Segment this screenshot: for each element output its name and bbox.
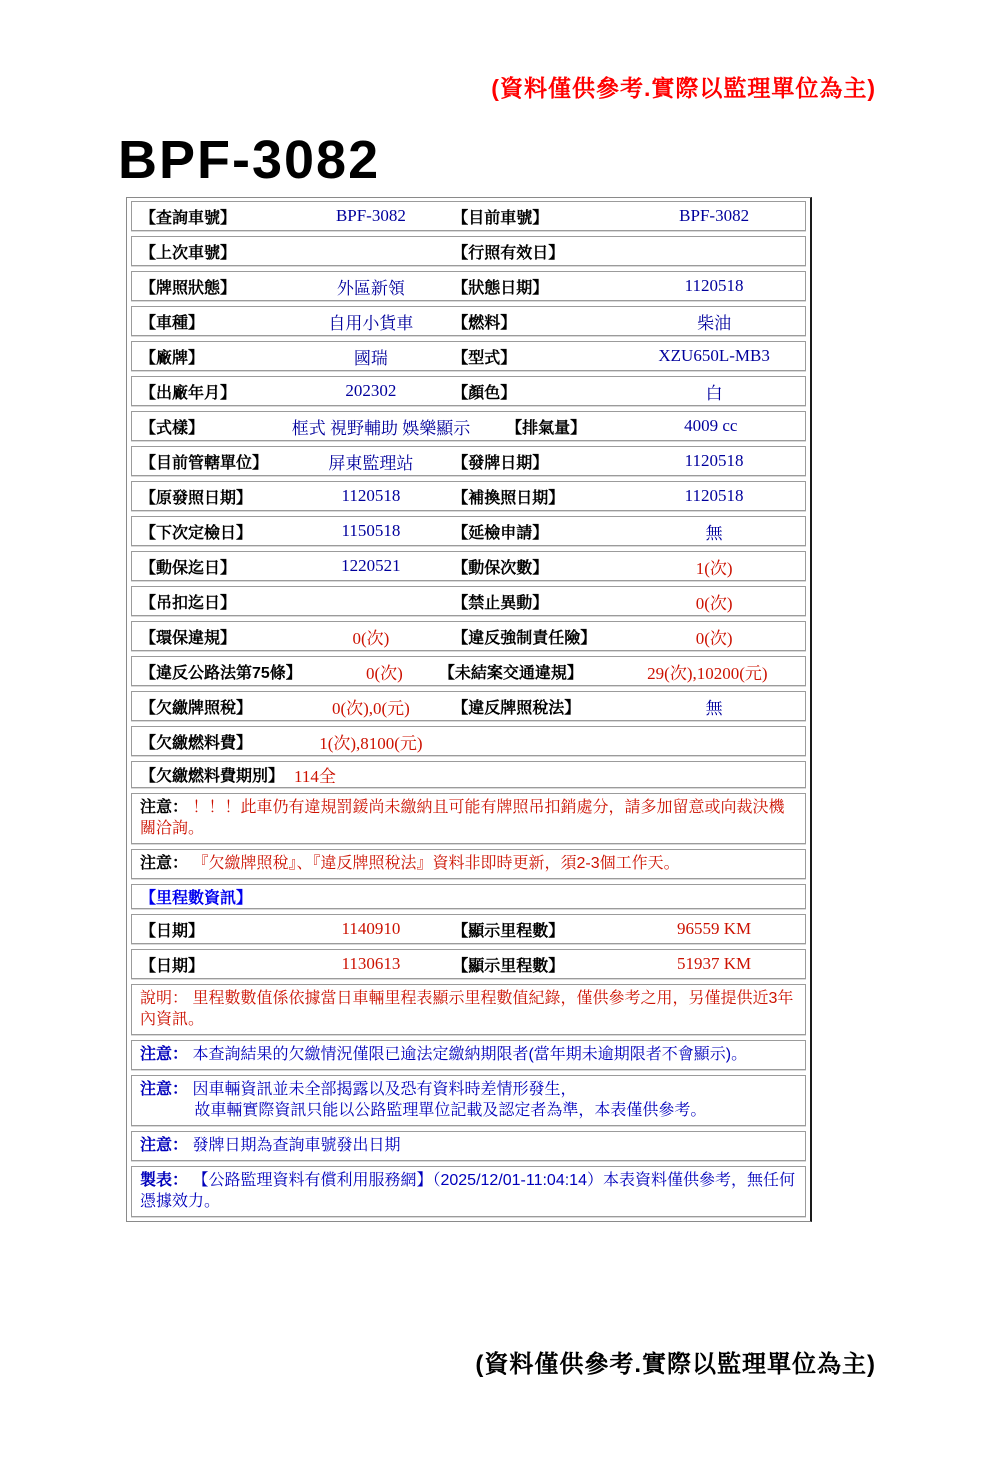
field-label: 【環保違規】: [132, 625, 294, 648]
note-body: 因車輛資訊並未全部揭露以及恐有資料時差情形發生，: [192, 1081, 576, 1098]
field-value: 1120518: [623, 486, 805, 506]
note-prefix: 注意：: [140, 1046, 188, 1063]
field-value: 0(次): [623, 589, 805, 614]
field-label: 【顯示里程數】: [448, 953, 623, 976]
note-body: 【公路監理資料有償利用服務網】（2025/12/01-11:04:14）本表資料…: [140, 1172, 795, 1210]
field-value: 1140910: [294, 919, 449, 939]
field-value: 國瑞: [294, 344, 449, 369]
mileage-section-header: 【里程數資訊】: [131, 884, 806, 909]
field-label: 【查詢車號】: [132, 205, 294, 228]
field-label: 【式樣】: [132, 415, 260, 438]
field-label: 【原發照日期】: [132, 485, 294, 508]
table-row-prev-plate: 【上次車號】 【行照有效日】: [131, 236, 806, 266]
field-label: 【下次定檢日】: [132, 520, 294, 543]
field-label: 【廠牌】: [132, 345, 294, 368]
table-row-suspension-until: 【吊扣迄日】 【禁止異動】 0(次): [131, 586, 806, 616]
field-value: 柴油: [623, 309, 805, 334]
field-label: 【欠繳牌照稅】: [132, 695, 294, 718]
note-prefix: 注意：: [140, 1137, 188, 1154]
field-value: 29(次),10200(元): [610, 659, 805, 684]
table-row-highway-law-75: 【違反公路法第75條】 0(次) 【未結案交通違規】 29(次),10200(元…: [131, 656, 806, 686]
bottom-disclaimer: (資料僅供參考.實際以監理單位為主): [0, 1344, 992, 1439]
table-row-secured-until: 【動保迄日】 1220521 【動保次數】 1(次): [131, 551, 806, 581]
field-value: 0(次): [623, 624, 805, 649]
table-row-original-license-date: 【原發照日期】 1120518 【補換照日期】 1120518: [131, 481, 806, 511]
note-unpaid-fines-warning: 注意： ！！！此車仍有違規罰鍰尚未繳納且可能有牌照吊扣銷處分，請多加留意或向裁決…: [131, 793, 806, 844]
note-body: ！！！此車仍有違規罰鍰尚未繳納且可能有牌照吊扣銷處分，請多加留意或向裁決機關洽詢…: [140, 799, 784, 837]
note-tax-data-delay: 注意： 『欠繳牌照稅』、『違反牌照稅法』資料非即時更新，須2-3個工作天。: [131, 849, 806, 879]
field-value: 1130613: [294, 954, 449, 974]
note-license-date: 注意： 發牌日期為查詢車號發出日期: [131, 1131, 806, 1161]
vehicle-info-table: 【查詢車號】 BPF-3082 【目前車號】 BPF-3082 【上次車號】 【…: [126, 197, 812, 1222]
table-row-manufacture-date: 【出廠年月】 202302 【顏色】 白: [131, 376, 806, 406]
table-row-env-violation: 【環保違規】 0(次) 【違反強制責任險】 0(次): [131, 621, 806, 651]
field-label: 【型式】: [448, 345, 623, 368]
note-overdue-scope: 注意： 本查詢結果的欠繳情況僅限已逾法定繳納期限者(當年期未逾期限者不會顯示)。: [131, 1040, 806, 1070]
field-value: 51937 KM: [623, 954, 805, 974]
note-body: 本查詢結果的欠繳情況僅限已逾法定繳納期限者(當年期未逾期限者不會顯示)。: [192, 1046, 747, 1063]
note-body: 發牌日期為查詢車號發出日期: [192, 1137, 400, 1154]
field-value: 無: [623, 519, 805, 544]
field-label: 【未結案交通違規】: [435, 660, 610, 683]
field-value: 114全: [294, 762, 336, 787]
field-label: 【車種】: [132, 310, 294, 333]
table-row-fuel-fee-period: 【欠繳燃料費期別】 114全: [131, 761, 806, 788]
field-label: 【動保次數】: [448, 555, 623, 578]
field-label: 【違反強制責任險】: [448, 625, 623, 648]
table-row-jurisdiction: 【目前管轄單位】 屏東監理站 【發牌日期】 1120518: [131, 446, 806, 476]
field-value: 0(次): [294, 624, 449, 649]
field-label: 【燃料】: [448, 310, 623, 333]
field-value: 無: [623, 694, 805, 719]
field-value: 1120518: [294, 486, 449, 506]
field-label: 【發牌日期】: [448, 450, 623, 473]
field-value: 1120518: [623, 451, 805, 471]
note-prefix: 製表：: [140, 1172, 188, 1189]
field-label: 【顏色】: [448, 380, 623, 403]
field-label: 【補換照日期】: [448, 485, 623, 508]
field-value: BPF-3082: [623, 206, 805, 226]
field-value: 白: [623, 379, 805, 404]
field-label: 【禁止異動】: [448, 590, 623, 613]
field-value: 0(次): [334, 659, 435, 684]
field-value: 4009 cc: [617, 416, 805, 436]
field-label: 【顯示里程數】: [448, 918, 623, 941]
field-label: 【欠繳燃料費期別】: [140, 763, 284, 786]
field-label: 【欠繳燃料費】: [132, 730, 294, 753]
field-label: 【日期】: [132, 953, 294, 976]
field-value: 1(次): [623, 554, 805, 579]
field-label: 【違反公路法第75條】: [132, 660, 334, 683]
note-prefix: 注意：: [140, 1081, 188, 1098]
field-label: 【排氣量】: [502, 415, 616, 438]
note-body: 里程數數值係依據當日車輛里程表顯示里程數值紀錄，僅供參考之用，另僅提供近3年內資…: [140, 990, 793, 1028]
note-prefix: 注意：: [140, 799, 188, 816]
note-body: 『欠繳牌照稅』、『違反牌照稅法』資料非即時更新，須2-3個工作天。: [192, 855, 679, 872]
field-label: 【牌照狀態】: [132, 275, 294, 298]
table-row-unpaid-license-tax: 【欠繳牌照稅】 0(次),0(元) 【違反牌照稅法】 無: [131, 691, 806, 721]
table-row-brand: 【廠牌】 國瑞 【型式】 XZU650L-MB3: [131, 341, 806, 371]
field-value: 1120518: [623, 276, 805, 296]
field-label: 【狀態日期】: [448, 275, 623, 298]
note-body-line2: 故車輛實際資訊只能以公路監理單位記載及認定者為準，本表僅供參考。: [140, 1100, 799, 1121]
field-label: 【日期】: [132, 918, 294, 941]
table-row-plate-status: 【牌照狀態】 外區新領 【狀態日期】 1120518: [131, 271, 806, 301]
note-prefix: 說明：: [140, 990, 188, 1007]
field-value: 202302: [294, 381, 449, 401]
plate-title: BPF-3082: [118, 129, 992, 191]
table-row-mileage-2: 【日期】 1130613 【顯示里程數】 51937 KM: [131, 949, 806, 979]
field-label: 【目前管轄單位】: [132, 450, 294, 473]
table-row-vehicle-type: 【車種】 自用小貨車 【燃料】 柴油: [131, 306, 806, 336]
field-value: 1220521: [294, 556, 449, 576]
note-data-disclosure: 注意： 因車輛資訊並未全部揭露以及恐有資料時差情形發生， 故車輛實際資訊只能以公…: [131, 1075, 806, 1126]
top-disclaimer: (資料僅供參考.實際以監理單位為主): [0, 70, 992, 103]
field-value: 1(次),8100(元): [294, 729, 449, 754]
field-label: 【吊扣迄日】: [132, 590, 294, 613]
table-row-mileage-1: 【日期】 1140910 【顯示里程數】 96559 KM: [131, 914, 806, 944]
table-row-query-plate: 【查詢車號】 BPF-3082 【目前車號】 BPF-3082: [131, 201, 806, 231]
field-value: 96559 KM: [623, 919, 805, 939]
field-label: 【行照有效日】: [448, 240, 623, 263]
field-value: 屏東監理站: [294, 449, 449, 474]
table-row-style: 【式樣】 框式 視野輔助 娛樂顯示 【排氣量】 4009 cc: [131, 411, 806, 441]
field-value: 框式 視野輔助 娛樂顯示: [260, 414, 502, 439]
field-value: 1150518: [294, 521, 449, 541]
table-row-unpaid-fuel-fee: 【欠繳燃料費】 1(次),8100(元): [131, 726, 806, 756]
field-label: 【出廠年月】: [132, 380, 294, 403]
note-prefix: 注意：: [140, 855, 188, 872]
field-value: 外區新領: [294, 274, 449, 299]
field-label: 【上次車號】: [132, 240, 294, 263]
field-label: 【違反牌照稅法】: [448, 695, 623, 718]
field-value: 0(次),0(元): [294, 694, 449, 719]
table-row-next-inspection: 【下次定檢日】 1150518 【延檢申請】 無: [131, 516, 806, 546]
field-label: 【延檢申請】: [448, 520, 623, 543]
field-value: 自用小貨車: [294, 309, 449, 334]
note-report-source: 製表： 【公路監理資料有償利用服務網】（2025/12/01-11:04:14）…: [131, 1166, 806, 1217]
field-value: BPF-3082: [294, 206, 449, 226]
field-label: 【目前車號】: [448, 205, 623, 228]
field-value: XZU650L-MB3: [623, 346, 805, 366]
note-mileage-explanation: 說明： 里程數數值係依據當日車輛里程表顯示里程數值紀錄，僅供參考之用，另僅提供近…: [131, 984, 806, 1035]
section-title: 【里程數資訊】: [140, 885, 252, 908]
field-label: 【動保迄日】: [132, 555, 294, 578]
